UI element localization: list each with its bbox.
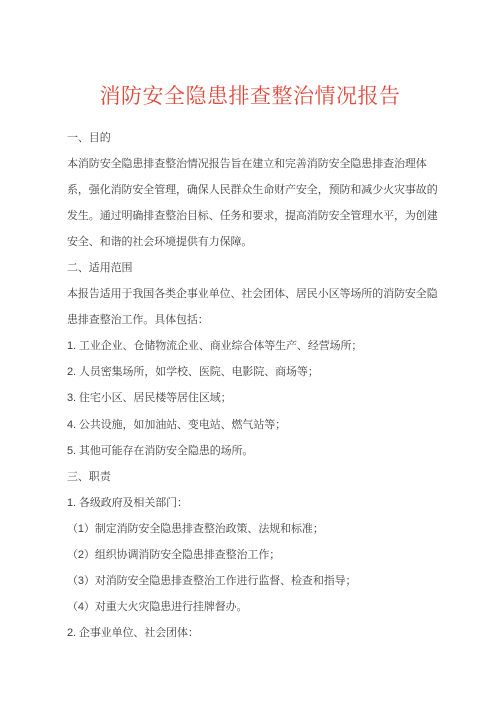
document-body: 一、目的 本消防安全隐患排查整治情况报告旨在建立和完善消防安全隐患排查治理体 系… (67, 125, 445, 646)
doc-line: 发生。通过明确排查整治目标、任务和要求，提高消防安全管理水平，为创建 (67, 203, 445, 229)
doc-line-heading: 三、职责 (67, 464, 445, 490)
doc-line-heading: 一、目的 (67, 125, 445, 151)
doc-line-sub-item: （2）组织协调消防安全隐患排查整治工作； (67, 542, 445, 568)
doc-line-list-item: 1. 工业企业、仓储物流企业、商业综合体等生产、经营场所； (67, 333, 445, 359)
doc-line-sub-item: （3）对消防安全隐患排查整治工作进行监督、检查和指导； (67, 568, 445, 594)
doc-line: 本报告适用于我国各类企事业单位、社会团体、居民小区等场所的消防安全隐 (67, 281, 445, 307)
doc-line-list-item: 5. 其他可能存在消防安全隐患的场所。 (67, 438, 445, 464)
doc-line-heading: 二、适用范围 (67, 255, 445, 281)
doc-line: 安全、和谐的社会环境提供有力保障。 (67, 229, 445, 255)
doc-line-sub-item: （1）制定消防安全隐患排查整治政策、法规和标准； (67, 516, 445, 542)
doc-line-list-item: 4. 公共设施，如加油站、变电站、燃气站等； (67, 412, 445, 438)
doc-line: 系，强化消防安全管理，确保人民群众生命财产安全，预防和减少火灾事故的 (67, 177, 445, 203)
doc-line-list-item: 1. 各级政府及相关部门： (67, 490, 445, 516)
doc-line-list-item: 3. 住宅小区、居民楼等居住区域； (67, 385, 445, 411)
doc-line-list-item: 2. 企事业单位、社会团体： (67, 620, 445, 646)
document-page: 消防安全隐患排查整治情况报告 一、目的 本消防安全隐患排查整治情况报告旨在建立和… (0, 0, 500, 707)
doc-line: 本消防安全隐患排查整治情况报告旨在建立和完善消防安全隐患排查治理体 (67, 151, 445, 177)
doc-line-list-item: 2. 人员密集场所，如学校、医院、电影院、商场等； (67, 359, 445, 385)
doc-line-sub-item: （4）对重大火灾隐患进行挂牌督办。 (67, 594, 445, 620)
doc-line: 患排查整治工作。具体包括： (67, 307, 445, 333)
page-title: 消防安全隐患排查整治情况报告 (0, 84, 500, 109)
